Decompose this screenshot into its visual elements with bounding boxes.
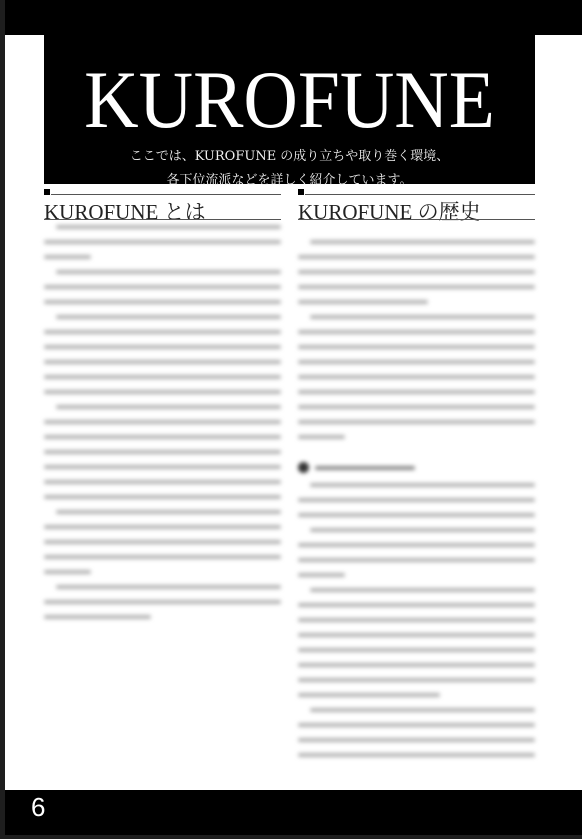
section-body-history — [298, 240, 535, 768]
heading-underline — [44, 219, 281, 220]
heading-rule — [305, 194, 535, 195]
section-title: KUROFUNE の歴史 — [298, 196, 481, 226]
bullet-icon — [298, 462, 309, 473]
title-banner: KUROFUNE ここでは、KUROFUNE の成り立ちや取り巻く環境、 各下位… — [44, 35, 535, 184]
square-marker-icon — [44, 189, 50, 195]
subsection-heading — [298, 462, 535, 473]
window-frame-bottom — [0, 835, 582, 839]
subtitle-line-1: ここでは、KUROFUNE の成り立ちや取り巻く環境、 — [44, 145, 535, 169]
section-heading-about: KUROFUNE とは — [44, 189, 281, 221]
document-page: KUROFUNE ここでは、KUROFUNE の成り立ちや取り巻く環境、 各下位… — [5, 35, 582, 790]
section-heading-history: KUROFUNE の歴史 — [298, 189, 535, 221]
heading-underline — [298, 219, 535, 220]
section-body-about — [44, 225, 281, 630]
page-number: 6 — [31, 792, 45, 823]
section-title: KUROFUNE とは — [44, 196, 206, 226]
page-title: KUROFUNE — [64, 59, 516, 141]
heading-rule — [51, 194, 281, 195]
square-marker-icon — [298, 189, 304, 195]
page-footer: 6 — [5, 790, 582, 835]
